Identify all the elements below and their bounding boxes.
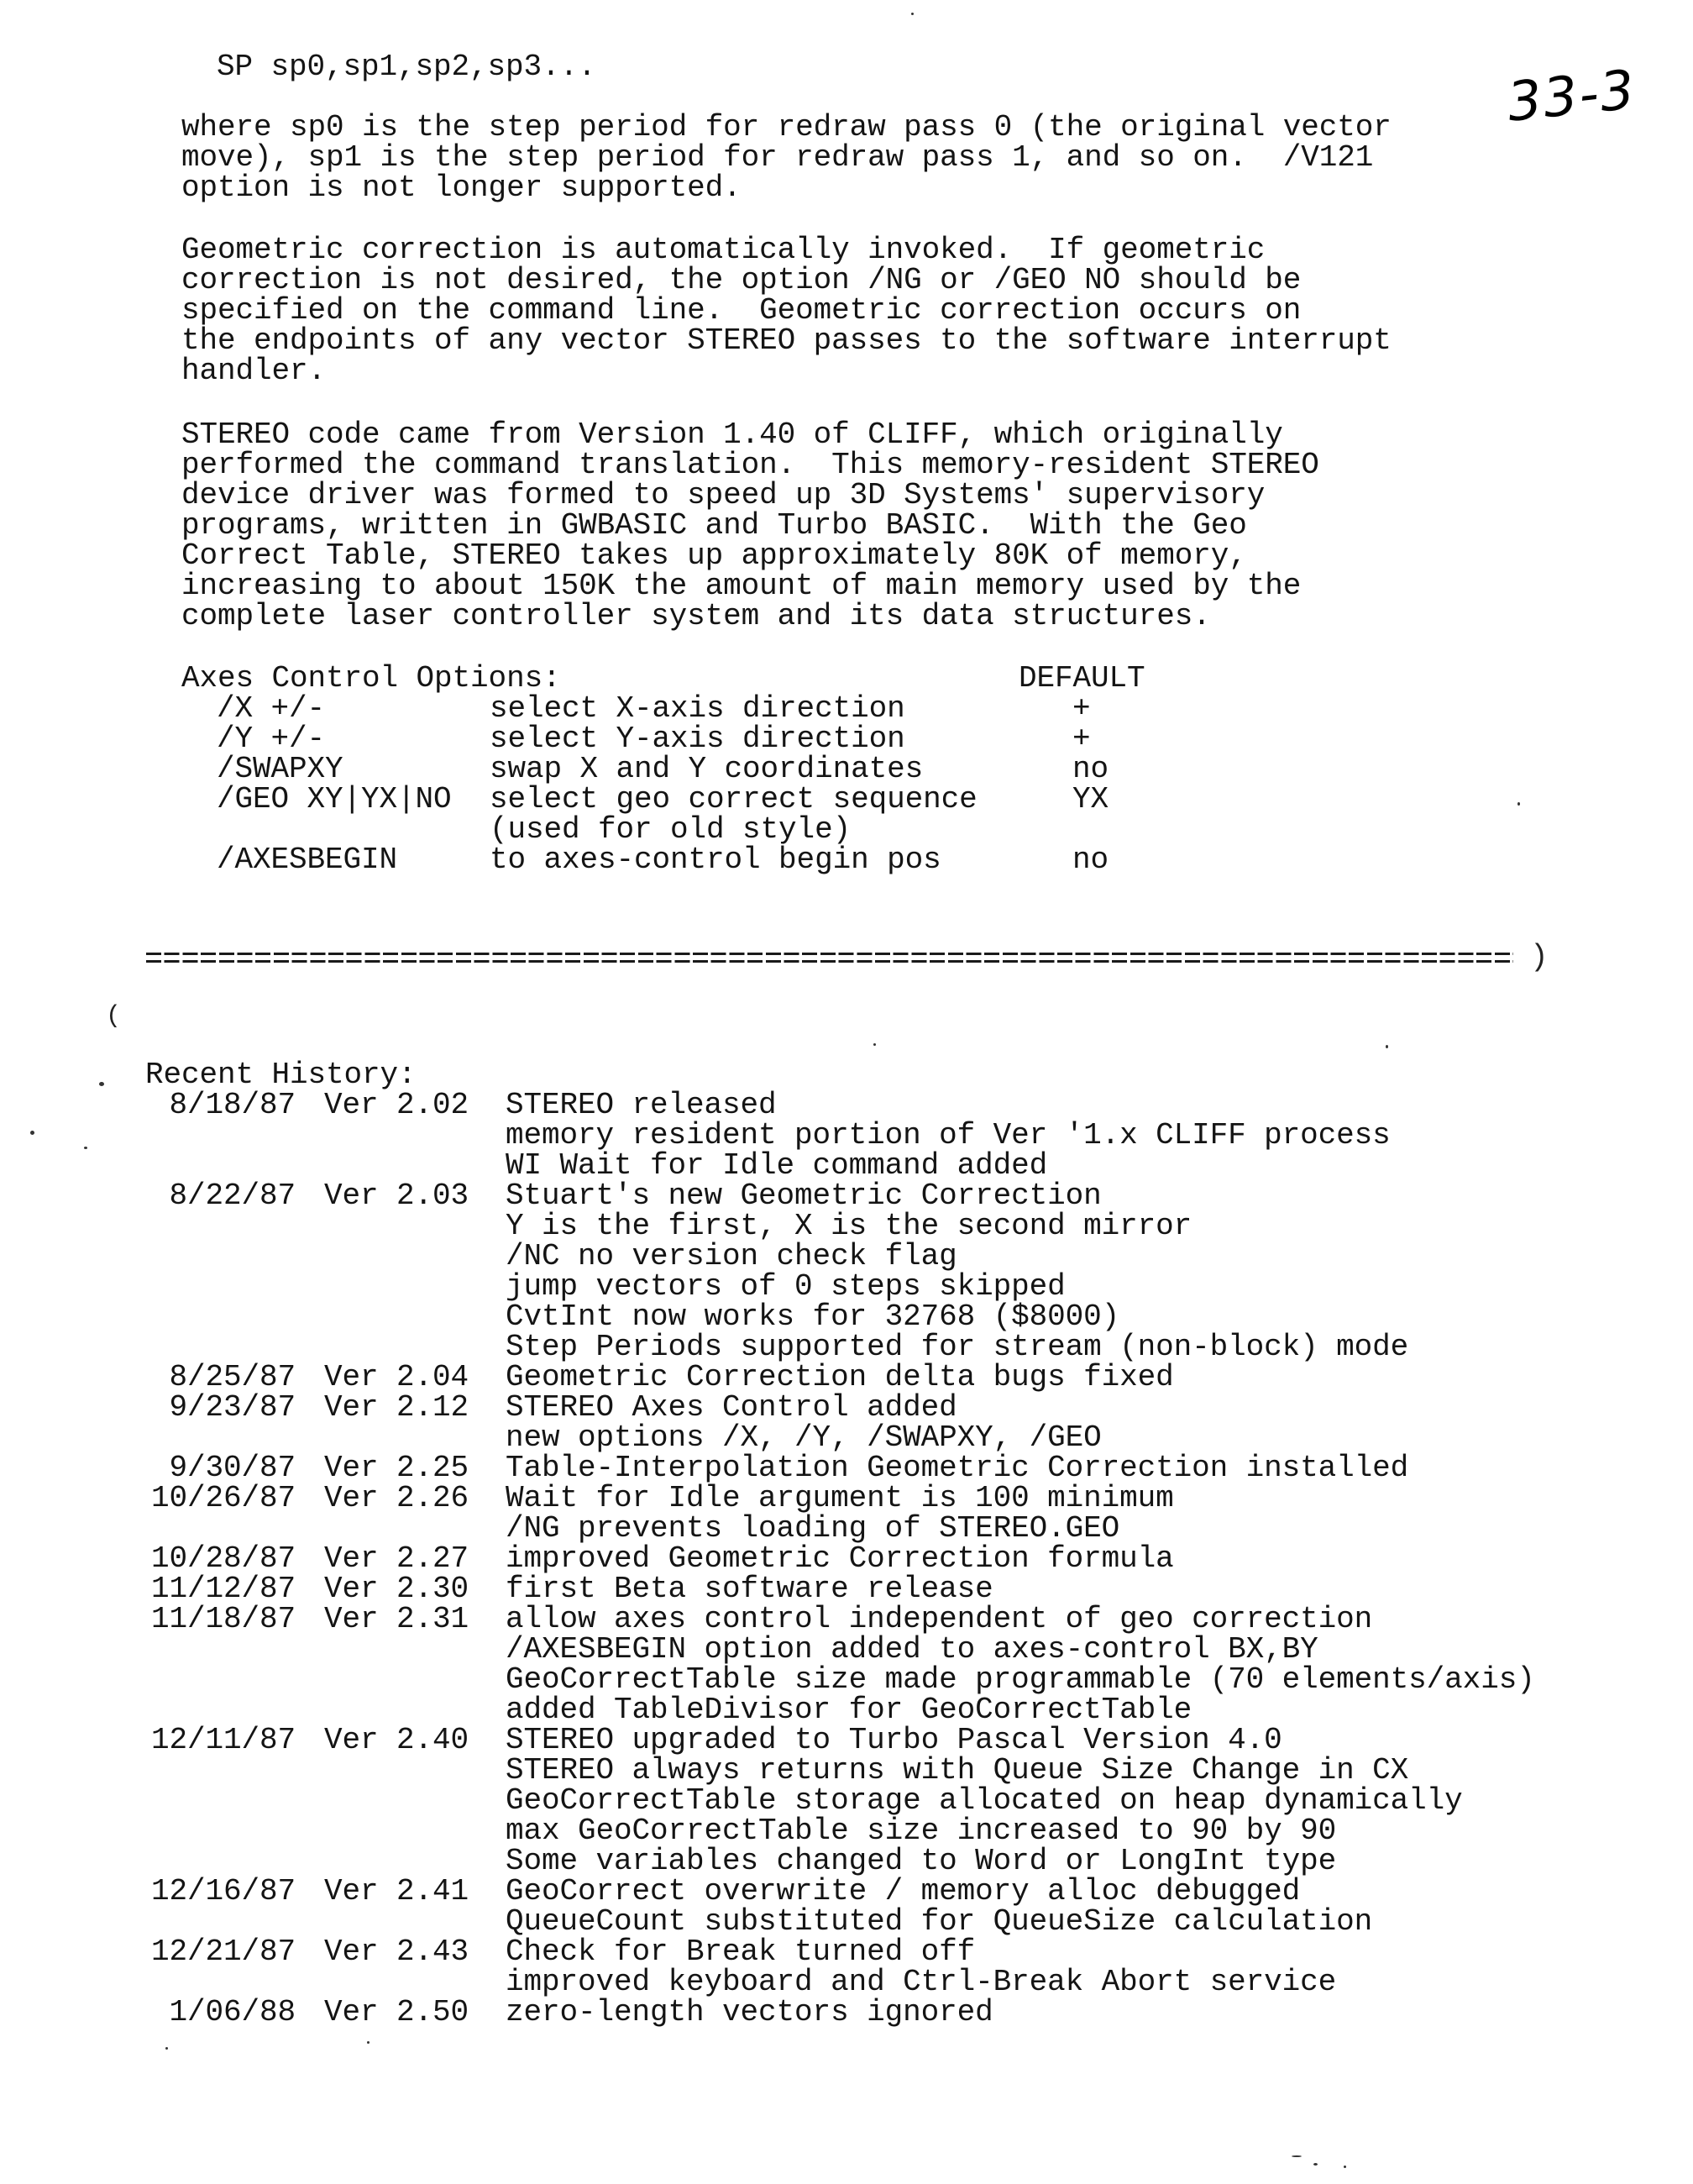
axes-option-row: /SWAPXY swap X and Y coordinates no bbox=[181, 754, 1357, 785]
history-date: 11/18/87 bbox=[151, 1604, 296, 1635]
history-date: 12/11/87 bbox=[151, 1725, 296, 1756]
history-row: /NC no version check flag bbox=[0, 1242, 1693, 1272]
history-row: 11/18/87Ver 2.31allow axes control indep… bbox=[0, 1604, 1693, 1635]
option-description: select geo correct sequence bbox=[490, 785, 978, 815]
scan-speck bbox=[1517, 802, 1520, 806]
history-note: Table-Interpolation Geometric Correction… bbox=[506, 1453, 1408, 1483]
close-brace-mark: ) bbox=[1530, 942, 1549, 973]
axes-control-header-row: Axes Control Options: DEFAULT bbox=[181, 664, 1357, 694]
scan-speck bbox=[1292, 2155, 1302, 2157]
history-note: memory resident portion of Ver '1.x CLIF… bbox=[506, 1121, 1391, 1151]
history-row: 11/12/87Ver 2.30first Beta software rele… bbox=[0, 1574, 1693, 1604]
paragraph-line: option is not longer supported. bbox=[181, 173, 1392, 203]
axes-option-row: /GEO XY|YX|NO select geo correct sequenc… bbox=[181, 785, 1357, 815]
document-page: 33-3 SP sp0,sp1,sp2,sp3... where sp0 is … bbox=[0, 0, 1693, 2184]
history-table: 8/18/87Ver 2.02STEREO releasedmemory res… bbox=[0, 1090, 1693, 2028]
history-note: GeoCorrect overwrite / memory alloc debu… bbox=[506, 1877, 1300, 1907]
history-row: STEREO always returns with Queue Size Ch… bbox=[0, 1756, 1693, 1786]
step-period-paragraph: where sp0 is the step period for redraw … bbox=[181, 113, 1392, 203]
axes-option-row: /AXESBEGIN to axes-control begin pos no bbox=[181, 845, 1357, 875]
history-row: 1/06/88Ver 2.50zero-length vectors ignor… bbox=[0, 1998, 1693, 2028]
history-row: /NG prevents loading of STEREO.GEO bbox=[0, 1514, 1693, 1544]
history-note: GeoCorrectTable size made programmable (… bbox=[506, 1665, 1535, 1695]
paragraph-line: performed the command translation. This … bbox=[181, 450, 1319, 480]
history-version: Ver 2.40 bbox=[324, 1725, 469, 1756]
history-version: Ver 2.27 bbox=[324, 1544, 469, 1574]
option-default: no bbox=[1072, 845, 1109, 875]
default-column-header: DEFAULT bbox=[1019, 664, 1145, 694]
history-version: Ver 2.02 bbox=[324, 1090, 469, 1121]
history-version: Ver 2.03 bbox=[324, 1181, 469, 1211]
paragraph-line: Correct Table, STEREO takes up approxima… bbox=[181, 541, 1319, 571]
history-date: 1/06/88 bbox=[169, 1998, 296, 2028]
paragraph-line: specified on the command line. Geometric… bbox=[181, 296, 1392, 326]
scan-speck bbox=[99, 1082, 104, 1086]
option-description: (used for old style) bbox=[490, 815, 851, 845]
history-note: max GeoCorrectTable size increased to 90… bbox=[506, 1816, 1336, 1846]
history-row: 8/18/87Ver 2.02STEREO released bbox=[0, 1090, 1693, 1121]
paragraph-line: handler. bbox=[181, 356, 1392, 386]
axes-control-options-table: Axes Control Options: DEFAULT /X +/- sel… bbox=[181, 664, 1357, 875]
history-version: Ver 2.30 bbox=[324, 1574, 469, 1604]
history-row: WI Wait for Idle command added bbox=[0, 1151, 1693, 1181]
history-row: new options /X, /Y, /SWAPXY, /GEO bbox=[0, 1423, 1693, 1453]
history-note: /AXESBEGIN option added to axes-control … bbox=[506, 1635, 1318, 1665]
handwritten-page-label: 33-3 bbox=[1505, 59, 1639, 134]
axes-option-row: /X +/- select X-axis direction + bbox=[181, 694, 1357, 724]
option-default: + bbox=[1072, 694, 1091, 724]
stereo-origin-paragraph: STEREO code came from Version 1.40 of CL… bbox=[181, 420, 1319, 632]
history-row: 8/22/87Ver 2.03Stuart's new Geometric Co… bbox=[0, 1181, 1693, 1211]
paragraph-line: move), sp1 is the step period for redraw… bbox=[181, 143, 1392, 173]
paragraph-line: device driver was formed to speed up 3D … bbox=[181, 480, 1319, 511]
scan-speck bbox=[367, 2041, 370, 2044]
scan-speck bbox=[911, 13, 914, 15]
history-note: QueueCount substituted for QueueSize cal… bbox=[506, 1907, 1372, 1937]
history-note: STEREO Axes Control added bbox=[506, 1393, 957, 1423]
history-note: STEREO upgraded to Turbo Pascal Version … bbox=[506, 1725, 1282, 1756]
history-version: Ver 2.26 bbox=[324, 1483, 469, 1514]
history-title: Recent History: bbox=[145, 1060, 417, 1090]
history-row: Some variables changed to Word or LongIn… bbox=[0, 1846, 1693, 1877]
axes-option-row: (used for old style) bbox=[181, 815, 1357, 845]
option-flag: /X +/- bbox=[217, 694, 325, 724]
history-version: Ver 2.04 bbox=[324, 1362, 469, 1393]
paragraph-line: correction is not desired, the option /N… bbox=[181, 265, 1392, 296]
history-note: allow axes control independent of geo co… bbox=[506, 1604, 1372, 1635]
history-row: CvtInt now works for 32768 ($8000) bbox=[0, 1302, 1693, 1332]
history-version: Ver 2.25 bbox=[324, 1453, 469, 1483]
history-row: added TableDivisor for GeoCorrectTable bbox=[0, 1695, 1693, 1725]
history-row: 9/23/87Ver 2.12STEREO Axes Control added bbox=[0, 1393, 1693, 1423]
history-date: 9/30/87 bbox=[169, 1453, 296, 1483]
paragraph-line: programs, written in GWBASIC and Turbo B… bbox=[181, 511, 1319, 541]
history-note: Check for Break turned off bbox=[506, 1937, 975, 1967]
scan-speck bbox=[165, 2047, 168, 2050]
history-note: first Beta software release bbox=[506, 1574, 993, 1604]
history-note: improved keyboard and Ctrl-Break Abort s… bbox=[506, 1967, 1336, 1998]
option-description: select X-axis direction bbox=[490, 694, 905, 724]
history-note: Stuart's new Geometric Correction bbox=[506, 1181, 1102, 1211]
scan-speck bbox=[1344, 2166, 1346, 2168]
history-row: 9/30/87Ver 2.25Table-Interpolation Geome… bbox=[0, 1453, 1693, 1483]
history-note: STEREO always returns with Queue Size Ch… bbox=[506, 1756, 1408, 1786]
history-row: Y is the first, X is the second mirror bbox=[0, 1211, 1693, 1242]
history-row: memory resident portion of Ver '1.x CLIF… bbox=[0, 1121, 1693, 1151]
history-date: 10/28/87 bbox=[151, 1544, 296, 1574]
option-flag: /AXESBEGIN bbox=[217, 845, 397, 875]
history-note: Wait for Idle argument is 100 minimum bbox=[506, 1483, 1174, 1514]
history-note: STEREO released bbox=[506, 1090, 777, 1121]
history-note: improved Geometric Correction formula bbox=[506, 1544, 1174, 1574]
axes-option-row: /Y +/- select Y-axis direction + bbox=[181, 724, 1357, 754]
option-flag: /Y +/- bbox=[217, 724, 325, 754]
option-description: to axes-control begin pos bbox=[490, 845, 941, 875]
history-version: Ver 2.50 bbox=[324, 1998, 469, 2028]
history-note: new options /X, /Y, /SWAPXY, /GEO bbox=[506, 1423, 1102, 1453]
sp-command-line: SP sp0,sp1,sp2,sp3... bbox=[217, 52, 596, 82]
history-note: GeoCorrectTable storage allocated on hea… bbox=[506, 1786, 1463, 1816]
history-row: 12/11/87Ver 2.40STEREO upgraded to Turbo… bbox=[0, 1725, 1693, 1756]
history-note: Geometric Correction delta bugs fixed bbox=[506, 1362, 1174, 1393]
history-date: 8/22/87 bbox=[169, 1181, 296, 1211]
history-version: Ver 2.31 bbox=[324, 1604, 469, 1635]
history-row: improved keyboard and Ctrl-Break Abort s… bbox=[0, 1967, 1693, 1998]
history-row: 12/21/87Ver 2.43Check for Break turned o… bbox=[0, 1937, 1693, 1967]
history-row: GeoCorrectTable size made programmable (… bbox=[0, 1665, 1693, 1695]
option-description: select Y-axis direction bbox=[490, 724, 905, 754]
history-date: 10/26/87 bbox=[151, 1483, 296, 1514]
section-separator bbox=[146, 953, 1513, 964]
history-version: Ver 2.12 bbox=[324, 1393, 469, 1423]
open-brace-mark: ( bbox=[106, 1001, 121, 1032]
history-note: zero-length vectors ignored bbox=[506, 1998, 993, 2028]
option-flag: /GEO XY|YX|NO bbox=[217, 785, 452, 815]
history-version: Ver 2.41 bbox=[324, 1877, 469, 1907]
history-note: /NG prevents loading of STEREO.GEO bbox=[506, 1514, 1119, 1544]
history-row: 12/16/87Ver 2.41GeoCorrect overwrite / m… bbox=[0, 1877, 1693, 1907]
history-date: 11/12/87 bbox=[151, 1574, 296, 1604]
option-default: + bbox=[1072, 724, 1091, 754]
history-row: jump vectors of 0 steps skipped bbox=[0, 1272, 1693, 1302]
history-date: 12/16/87 bbox=[151, 1877, 296, 1907]
history-note: Y is the first, X is the second mirror bbox=[506, 1211, 1192, 1242]
scan-speck bbox=[1313, 2163, 1318, 2166]
paragraph-line: where sp0 is the step period for redraw … bbox=[181, 113, 1392, 143]
option-flag: /SWAPXY bbox=[217, 754, 343, 785]
history-date: 12/21/87 bbox=[151, 1937, 296, 1967]
history-row: 10/26/87Ver 2.26Wait for Idle argument i… bbox=[0, 1483, 1693, 1514]
history-row: Step Periods supported for stream (non-b… bbox=[0, 1332, 1693, 1362]
scan-speck bbox=[873, 1043, 876, 1046]
history-note: jump vectors of 0 steps skipped bbox=[506, 1272, 1066, 1302]
history-note: added TableDivisor for GeoCorrectTable bbox=[506, 1695, 1192, 1725]
paragraph-line: complete laser controller system and its… bbox=[181, 601, 1319, 632]
history-note: Some variables changed to Word or LongIn… bbox=[506, 1846, 1336, 1877]
history-row: /AXESBEGIN option added to axes-control … bbox=[0, 1635, 1693, 1665]
paragraph-line: the endpoints of any vector STEREO passe… bbox=[181, 326, 1392, 356]
history-date: 8/18/87 bbox=[169, 1090, 296, 1121]
option-description: swap X and Y coordinates bbox=[490, 754, 923, 785]
paragraph-line: STEREO code came from Version 1.40 of CL… bbox=[181, 420, 1319, 450]
option-default: no bbox=[1072, 754, 1109, 785]
axes-control-title: Axes Control Options: bbox=[181, 664, 561, 694]
paragraph-line: increasing to about 150K the amount of m… bbox=[181, 571, 1319, 601]
history-row: QueueCount substituted for QueueSize cal… bbox=[0, 1907, 1693, 1937]
history-row: GeoCorrectTable storage allocated on hea… bbox=[0, 1786, 1693, 1816]
scan-speck bbox=[1386, 1045, 1388, 1048]
geometric-correction-paragraph: Geometric correction is automatically in… bbox=[181, 235, 1392, 386]
option-default: YX bbox=[1072, 785, 1109, 815]
history-note: /NC no version check flag bbox=[506, 1242, 957, 1272]
history-row: 10/28/87Ver 2.27improved Geometric Corre… bbox=[0, 1544, 1693, 1574]
history-version: Ver 2.43 bbox=[324, 1937, 469, 1967]
history-row: 8/25/87Ver 2.04Geometric Correction delt… bbox=[0, 1362, 1693, 1393]
history-row: max GeoCorrectTable size increased to 90… bbox=[0, 1816, 1693, 1846]
history-note: WI Wait for Idle command added bbox=[506, 1151, 1047, 1181]
history-note: CvtInt now works for 32768 ($8000) bbox=[506, 1302, 1119, 1332]
history-note: Step Periods supported for stream (non-b… bbox=[506, 1332, 1408, 1362]
paragraph-line: Geometric correction is automatically in… bbox=[181, 235, 1392, 265]
history-date: 8/25/87 bbox=[169, 1362, 296, 1393]
history-date: 9/23/87 bbox=[169, 1393, 296, 1423]
